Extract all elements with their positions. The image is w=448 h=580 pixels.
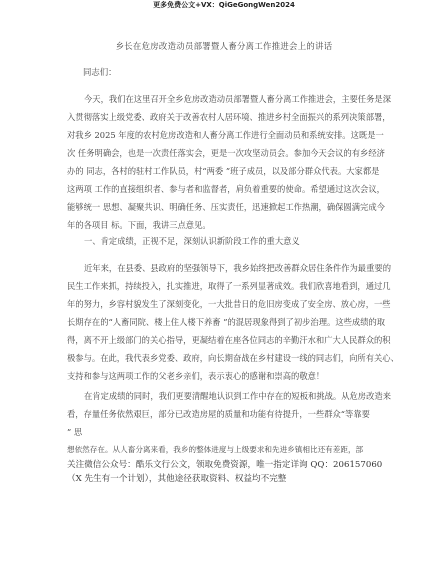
text-line: 办的 同志，各村的驻村工作队员，村“两委 ”班子成员，以及部分群众代表。大家都是 [67,165,379,177]
text-line: 近年来，在县委、县政府的坚强领导下，我乡始终把改善群众居住条件作为最重要的 [67,262,391,274]
notice-line: 关注微信公众号：酷乐文行公文，领取免费资源，唯一指定详询 QQ：20615706… [67,459,382,471]
text-line: 入贯彻落实上级党委、政府关于改善农村人居环境、推进乡村全面振兴的系列决策部署， [67,111,391,123]
text-line: 年的各项目 标。下面，我讲三点意见。 [67,219,211,231]
text-line: 这两项 工作的直接组织者、参与者和监督者，肩负着重要的使命。希望通过这次会议， [67,183,385,195]
text-line: 能够统一 思想、凝聚共识、明确任务、压实责任，迅速掀起工作热潮，确保圆满完成今 [67,201,385,213]
text-line: ” 思 [67,426,82,438]
text-line: 支持和参与这两项工作的父老乡亲们，表示衷心的感谢和崇高的敬意！ [67,370,324,382]
document-page: 更多免费公文+VX：QiGeGongWen2024 乡长在危房改造动员部署暨人畜… [0,0,448,580]
document-title: 乡长在危房改造动员部署暨人畜分离工作推进会上的讲话 [0,40,448,52]
text-line: 年的努力，乡容村貌发生了深刻变化，一大批昔日的危旧房变成了安全房、放心房，一些 [67,298,391,310]
text-line: 对我乡 2025 年度的农村危房改造和人畜分离工作进行全面动员和系统安排。这既是… [67,129,384,141]
text-line: 长期存在的“人畜同院、楼上住人楼下养畜 ”的混居现象得到了初步治理。这些成绩的取 [67,316,385,328]
text-line: 今天，我们在这里召开全乡危房改造动员部署暨人畜分离工作推进会，主要任务是深 [67,93,391,105]
text-line: 得，离不开上级部门的关心指导，更凝结着在座各位同志的辛勤汗水和广大人民群众的积 [67,334,391,346]
text-line: 民生工作来抓，持续投入，扎实推进，取得了一系列显著成效。我们欣喜地看到，通过几 [67,280,391,292]
text-line: 想依然存在。从人畜分离来看，我乡的整体进度与上级要求和先进乡镇相比还有差距，部 [67,444,363,456]
text-line: 在肯定成绩的同时，我们更要清醒地认识到工作中存在的短板和挑战。从危房改造来 [67,390,391,402]
section-heading-text: 一、肯定成绩，正视不足，深刻认识新阶段工作的重大意义 [67,235,300,247]
text-line: 次 任务明确会，也是一次责任落实会，更是一次攻坚动员会。参加今天会议的有乡经济 [67,147,385,159]
text-line: 极参与。在此，我代表乡党委、政府，向长期奋战在乡村建设一线的同志们，向所有关心、 [67,352,399,364]
salutation: 同志们： [83,66,117,78]
notice-line: （X 先生有一个计划），其他途径获取资料、权益均不完整 [67,473,286,485]
header-banner: 更多免费公文+VX：QiGeGongWen2024 [0,0,448,11]
text-line: 看，存量任务依然艰巨，部分已改造房屋的质量和功能有待提升，一些群众“等靠要 [67,408,370,420]
